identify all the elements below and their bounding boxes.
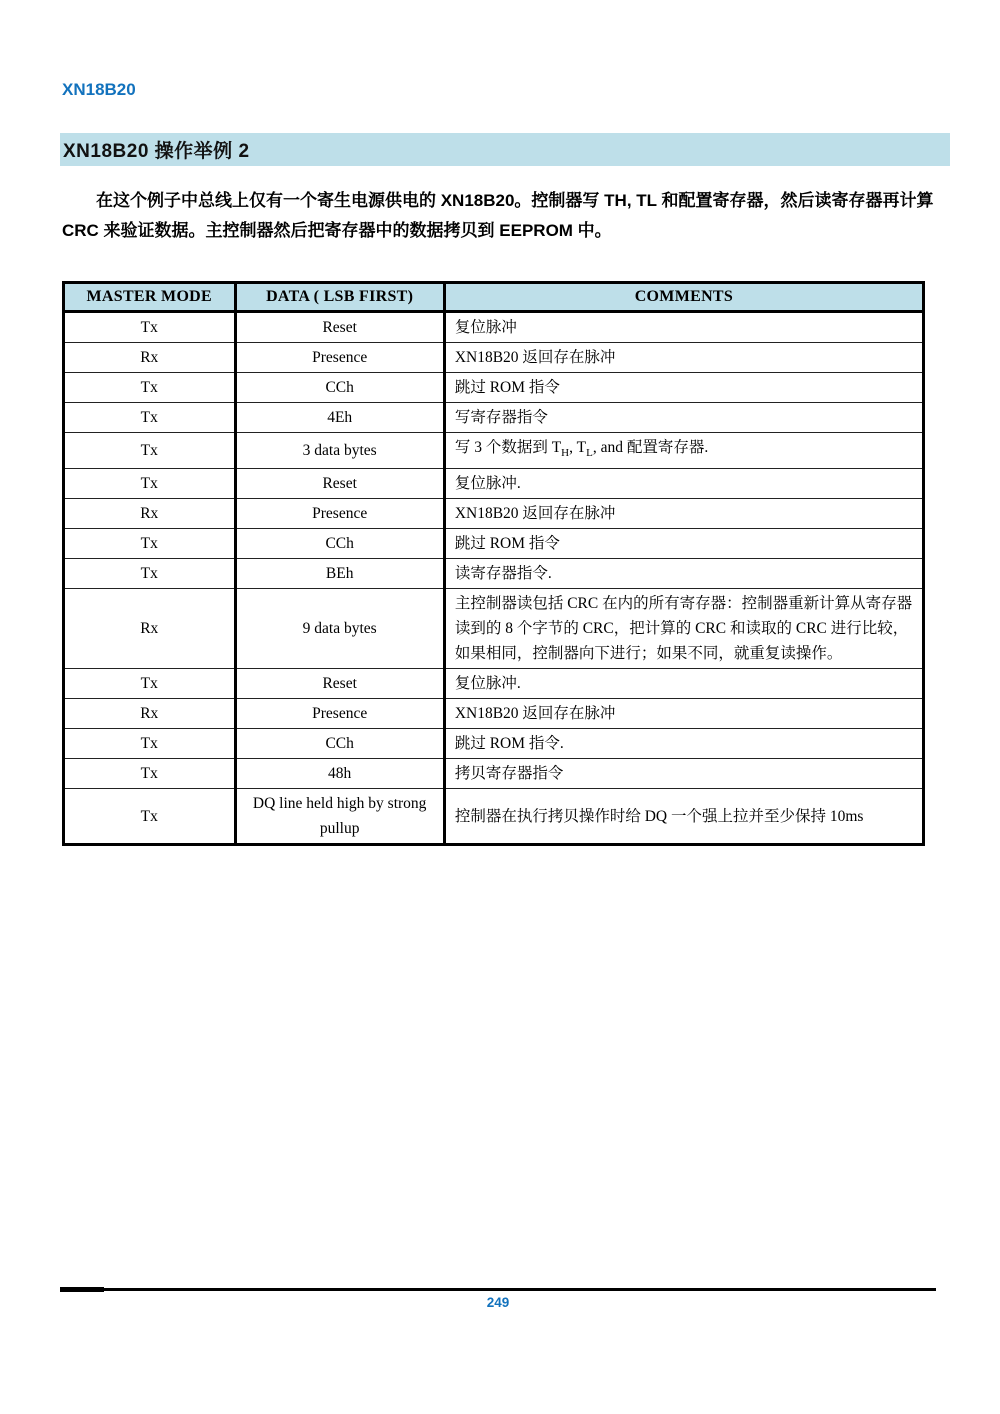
cell-comment: 读寄存器指令.: [444, 559, 923, 589]
cell-data: BEh: [235, 559, 444, 589]
cell-data: 9 data bytes: [235, 589, 444, 669]
comment-text: 读寄存器指令.: [455, 565, 552, 582]
comment-text: 复位脉冲.: [455, 475, 521, 492]
cell-data: Presence: [235, 499, 444, 529]
table-row: Rx9 data bytes主控制器读包括 CRC 在内的所有寄存器：控制器重新…: [64, 589, 924, 669]
cell-data: DQ line held high by strong pullup: [235, 789, 444, 845]
cell-comment: 复位脉冲: [444, 312, 923, 343]
section-title: XN18B20 操作举例 2: [60, 136, 250, 163]
table-row: TxBEh读寄存器指令.: [64, 559, 924, 589]
comment-text: 复位脉冲: [455, 319, 517, 336]
page-number: 249: [60, 1295, 936, 1310]
table-body: TxReset复位脉冲RxPresenceXN18B20 返回存在脉冲TxCCh…: [64, 312, 924, 845]
cell-data: Reset: [235, 469, 444, 499]
footer-rule: [60, 1288, 936, 1291]
table-row: TxReset复位脉冲: [64, 312, 924, 343]
cell-data: CCh: [235, 729, 444, 759]
cell-master-mode: Rx: [64, 343, 236, 373]
table-row: Tx48h拷贝寄存器指令: [64, 759, 924, 789]
cell-data: Presence: [235, 343, 444, 373]
cell-master-mode: Tx: [64, 312, 236, 343]
cell-data: Presence: [235, 699, 444, 729]
intro-paragraph: 在这个例子中总线上仅有一个寄生电源供电的 XN18B20。控制器写 TH, TL…: [62, 186, 938, 246]
table-row: RxPresenceXN18B20 返回存在脉冲: [64, 699, 924, 729]
cell-master-mode: Tx: [64, 373, 236, 403]
cell-data: 4Eh: [235, 403, 444, 433]
cell-comment: 复位脉冲.: [444, 469, 923, 499]
cell-data: CCh: [235, 373, 444, 403]
comment-subscript: H: [561, 447, 569, 459]
table-row: TxDQ line held high by strong pullup控制器在…: [64, 789, 924, 845]
table-row: Tx4Eh写寄存器指令: [64, 403, 924, 433]
comment-text: , T: [569, 439, 586, 456]
header-data-lsb-first: DATA ( LSB FIRST): [235, 283, 444, 312]
cell-comment: 写 3 个数据到 TH, TL, and 配置寄存器.: [444, 433, 923, 469]
table-row: RxPresenceXN18B20 返回存在脉冲: [64, 343, 924, 373]
operation-example-table: MASTER MODE DATA ( LSB FIRST) COMMENTS T…: [62, 281, 925, 846]
cell-data: CCh: [235, 529, 444, 559]
cell-comment: 主控制器读包括 CRC 在内的所有寄存器：控制器重新计算从寄存器读到的 8 个字…: [444, 589, 923, 669]
cell-master-mode: Tx: [64, 669, 236, 699]
cell-data: Reset: [235, 312, 444, 343]
cell-comment: 写寄存器指令: [444, 403, 923, 433]
table-header: MASTER MODE DATA ( LSB FIRST) COMMENTS: [64, 283, 924, 312]
cell-master-mode: Rx: [64, 589, 236, 669]
cell-comment: 控制器在执行拷贝操作时给 DQ 一个强上拉并至少保持 10ms: [444, 789, 923, 845]
comment-text: XN18B20 返回存在脉冲: [455, 505, 616, 522]
section-title-bar: XN18B20 操作举例 2: [60, 133, 950, 166]
comment-text: 跳过 ROM 指令.: [455, 735, 564, 752]
cell-master-mode: Tx: [64, 729, 236, 759]
cell-master-mode: Tx: [64, 469, 236, 499]
cell-master-mode: Tx: [64, 759, 236, 789]
comment-text: XN18B20 返回存在脉冲: [455, 705, 616, 722]
comment-text: 写 3 个数据到 T: [455, 439, 561, 456]
table-header-row: MASTER MODE DATA ( LSB FIRST) COMMENTS: [64, 283, 924, 312]
cell-comment: 拷贝寄存器指令: [444, 759, 923, 789]
cell-comment: 复位脉冲.: [444, 669, 923, 699]
comment-text: 控制器在执行拷贝操作时给 DQ 一个强上拉并至少保持 10ms: [455, 808, 864, 825]
cell-data: 48h: [235, 759, 444, 789]
comment-subscript: L: [586, 447, 593, 459]
comment-text: 跳过 ROM 指令: [455, 379, 560, 396]
comment-text: 主控制器读包括 CRC 在内的所有寄存器：控制器重新计算从寄存器读到的 8 个字…: [455, 595, 912, 662]
table-row: TxReset复位脉冲.: [64, 669, 924, 699]
cell-comment: 跳过 ROM 指令.: [444, 729, 923, 759]
cell-comment: 跳过 ROM 指令: [444, 373, 923, 403]
cell-master-mode: Tx: [64, 403, 236, 433]
table-row: TxCCh跳过 ROM 指令.: [64, 729, 924, 759]
comment-text: 复位脉冲.: [455, 675, 521, 692]
cell-master-mode: Tx: [64, 559, 236, 589]
cell-comment: 跳过 ROM 指令: [444, 529, 923, 559]
cell-master-mode: Tx: [64, 529, 236, 559]
comment-text: 跳过 ROM 指令: [455, 535, 560, 552]
header-master-mode: MASTER MODE: [64, 283, 236, 312]
table-row: Tx3 data bytes写 3 个数据到 TH, TL, and 配置寄存器…: [64, 433, 924, 469]
table-row: TxCCh跳过 ROM 指令: [64, 529, 924, 559]
table-row: RxPresenceXN18B20 返回存在脉冲: [64, 499, 924, 529]
doc-code-header: XN18B20: [62, 80, 136, 100]
cell-master-mode: Rx: [64, 499, 236, 529]
comment-text: 拷贝寄存器指令: [455, 765, 564, 782]
document-page: XN18B20 XN18B20 操作举例 2 在这个例子中总线上仅有一个寄生电源…: [0, 0, 1000, 1414]
cell-master-mode: Tx: [64, 789, 236, 845]
comment-text: 写寄存器指令: [455, 409, 548, 426]
comment-text: , and 配置寄存器.: [593, 439, 708, 456]
cell-data: Reset: [235, 669, 444, 699]
cell-comment: XN18B20 返回存在脉冲: [444, 699, 923, 729]
table-row: TxReset复位脉冲.: [64, 469, 924, 499]
cell-master-mode: Rx: [64, 699, 236, 729]
cell-comment: XN18B20 返回存在脉冲: [444, 499, 923, 529]
cell-comment: XN18B20 返回存在脉冲: [444, 343, 923, 373]
table-row: TxCCh跳过 ROM 指令: [64, 373, 924, 403]
header-comments: COMMENTS: [444, 283, 923, 312]
cell-master-mode: Tx: [64, 433, 236, 469]
comment-text: XN18B20 返回存在脉冲: [455, 349, 616, 366]
cell-data: 3 data bytes: [235, 433, 444, 469]
